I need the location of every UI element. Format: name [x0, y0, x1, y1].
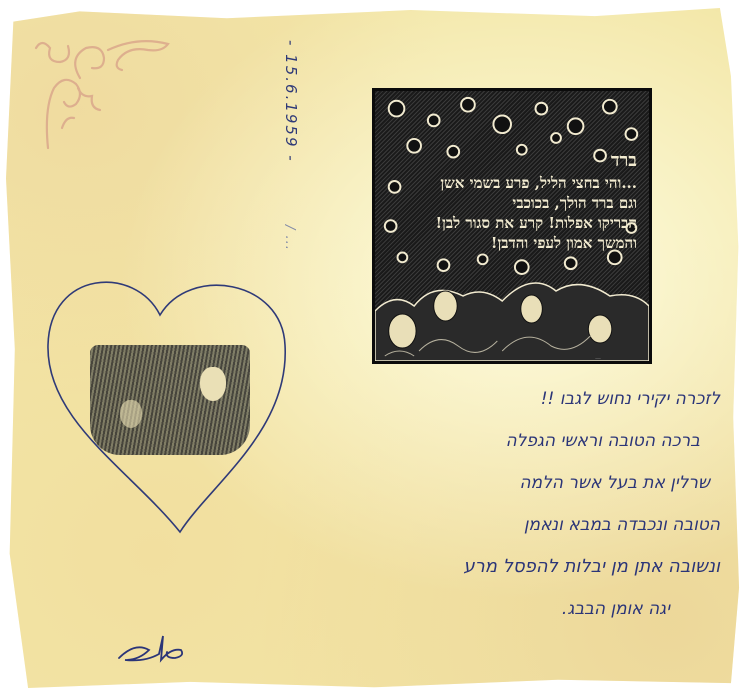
signature [115, 630, 190, 665]
handwritten-line: ברכה הטובה וראשי הגפלה [160, 420, 720, 462]
woodcut-title: ברד [387, 151, 637, 171]
corner-ornament [28, 28, 178, 158]
handwritten-line: ונשובה אתן מן יבלות להפסל מרע [160, 546, 720, 588]
woodcut-print-hail: ברד ...והי בחצי הליל, פרע בשמי אשן וגם ב… [372, 88, 652, 364]
handwritten-line: יגה אומן הבבג. [160, 588, 720, 630]
handwritten-line: שרלין את בעל אשר הלמה [160, 462, 720, 504]
handwritten-line: לזכרה יקירי נחוש לגבו !! [160, 378, 720, 420]
print-credit-mark: — [595, 355, 601, 362]
faint-inscription: / ... [282, 225, 297, 251]
handwritten-note: לזכרה יקירי נחוש לגבו !! ברכה הטובה וראש… [160, 378, 720, 630]
woodcut-text: ברד ...והי בחצי הליל, פרע בשמי אשן וגם ב… [387, 151, 637, 253]
woodcut-line: ...והי בחצי הליל, פרע בשמי אשן [387, 173, 637, 193]
woodcut-figures [375, 251, 649, 361]
date-inscription: - 15.6.1959 - [282, 40, 300, 163]
woodcut-line: הבריקו אפלות! קרע את סגור לבן! [387, 213, 637, 233]
woodcut-line: וגם ברד הולך, בכוכבי [387, 193, 637, 213]
figure-face [120, 400, 142, 428]
handwritten-line: הטובה ונכבדה במבא ונאמן [160, 504, 720, 546]
woodcut-line: והמשך אמון לעפי והדבן! [387, 233, 637, 253]
